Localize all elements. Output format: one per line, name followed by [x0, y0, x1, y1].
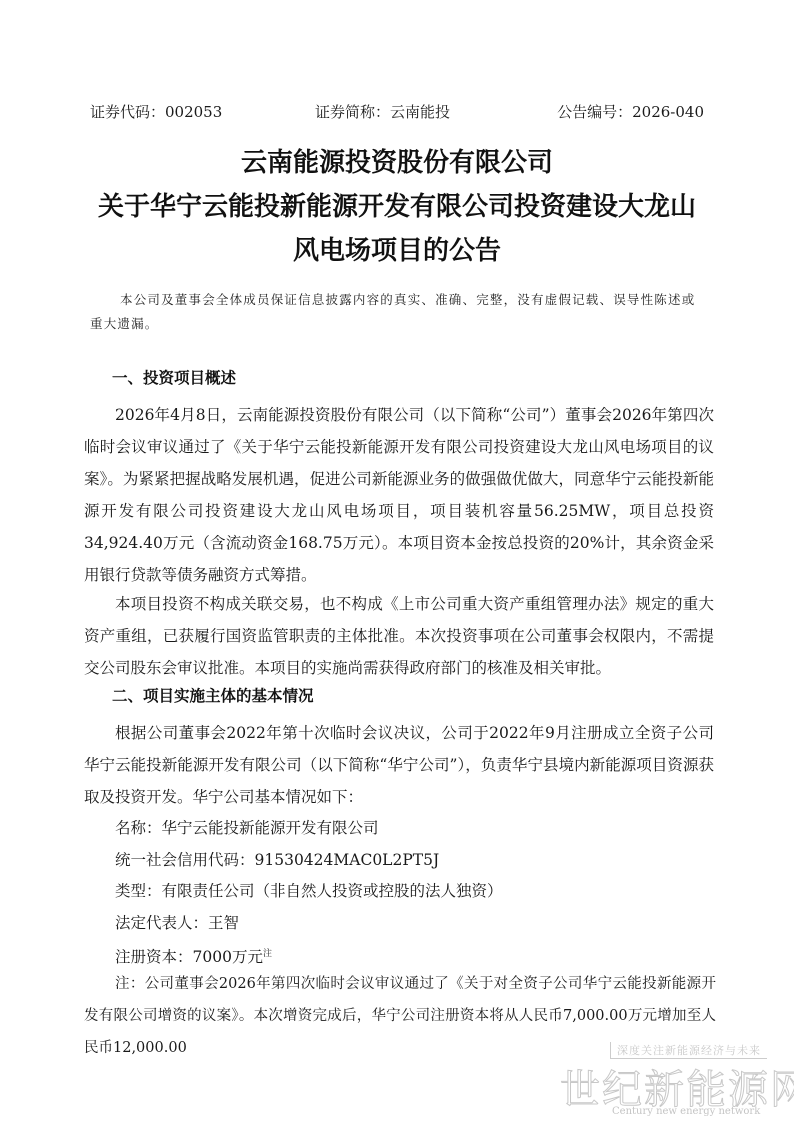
paragraph-entity: 根据公司董事会2022年第十次临时会议决议，公司于2022年9月注册成立全资子公… [84, 717, 714, 813]
note-mark: 注 [263, 949, 272, 959]
legal-representative: 法定代表人：王智 [115, 909, 239, 937]
watermark-english: Century new energy network [612, 1106, 760, 1117]
title-subject-line2: 风电场项目的公告 [0, 230, 794, 272]
section-heading-overview: 一、投资项目概述 [112, 366, 236, 390]
paragraph-approval: 本项目投资不构成关联交易，也不构成《上市公司重大资产重组管理办法》规定的重大资产… [84, 588, 714, 684]
watermark-tagline: 深度关注新能源经济与未来 [610, 1042, 767, 1059]
stock-abbreviation: 证券简称：云南能投 [315, 100, 450, 124]
title-company: 云南能源投资股份有限公司 [0, 142, 794, 184]
section-heading-entity: 二、项目实施主体的基本情况 [112, 684, 314, 708]
registered-capital-value: 注册资本：7000万元 [115, 948, 263, 966]
credit-code: 统一社会信用代码：91530424MAC0L2PT5J [115, 846, 439, 874]
stock-code: 证券代码：002053 [90, 100, 222, 124]
disclaimer: 本公司及董事会全体成员保证信息披露内容的真实、准确、完整，没有虚假记载、误导性陈… [90, 288, 706, 336]
company-type: 类型：有限责任公司（非自然人投资或控股的法人独资） [115, 877, 503, 905]
paragraph-overview: 2026年4月8日，云南能源投资股份有限公司（以下简称“公司”）董事会2026年… [84, 399, 714, 591]
document-header: 证券代码：002053 证券简称：云南能投 公告编号：2026-040 [90, 100, 704, 124]
registered-capital: 注册资本：7000万元注 [115, 940, 272, 971]
watermark: 深度关注新能源经济与未来 世纪新能源网 Century new energy n… [560, 1040, 790, 1120]
title-subject-line1: 关于华宁云能投新能源开发有限公司投资建设大龙山 [0, 186, 794, 228]
announcement-number: 公告编号：2026-040 [557, 100, 704, 124]
company-name: 名称：华宁云能投新能源开发有限公司 [115, 814, 379, 842]
